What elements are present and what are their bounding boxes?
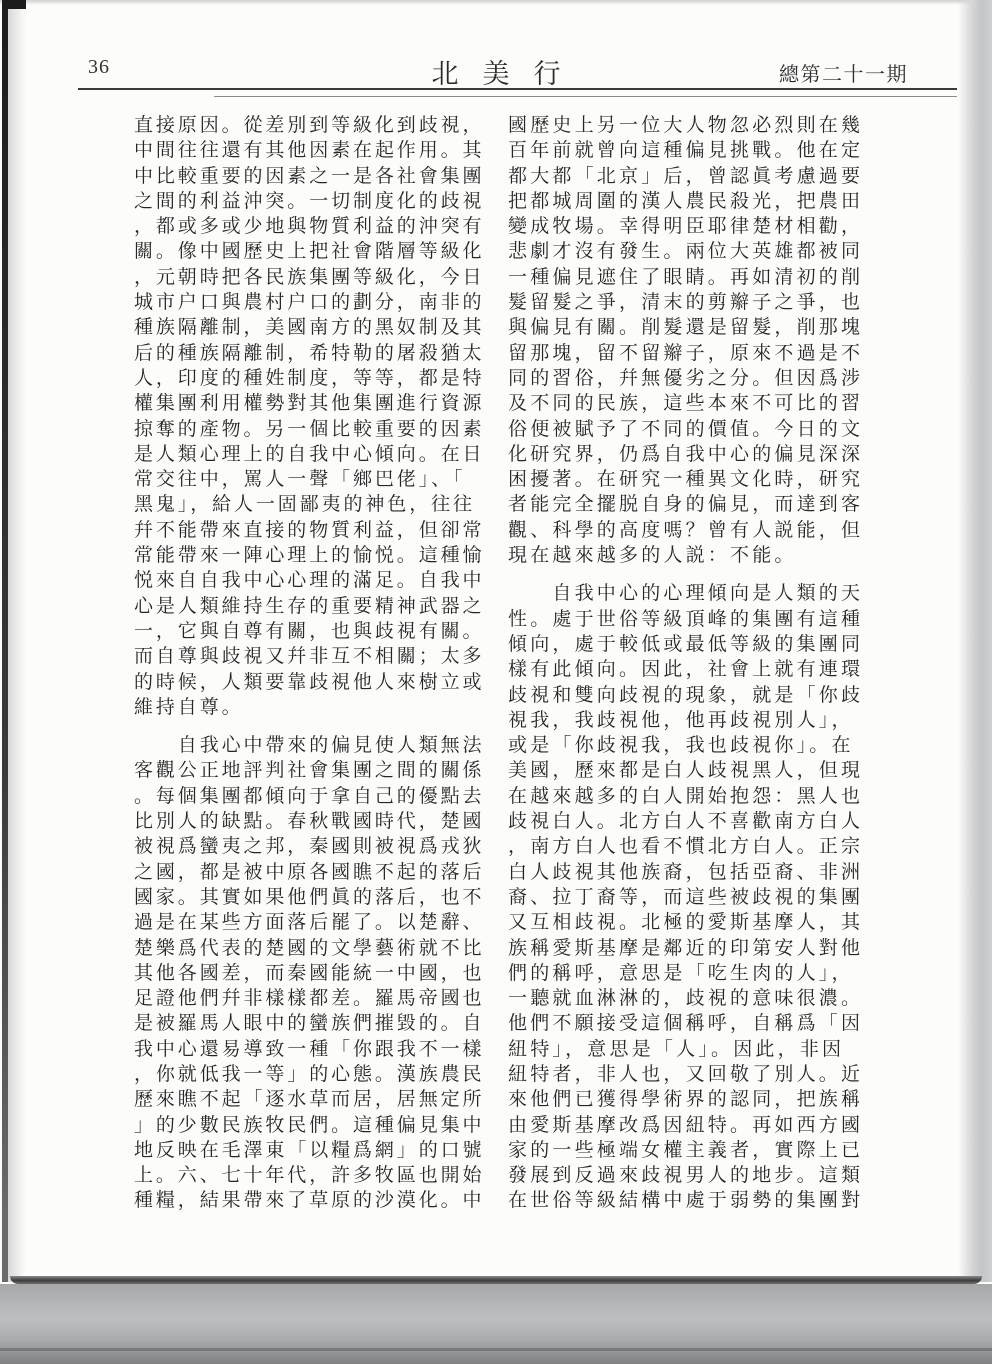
text-line: 維持自尊。 bbox=[134, 695, 486, 720]
text-line: 變成牧場。幸得明臣耶律楚材相勸， bbox=[508, 214, 864, 239]
text-line: 而自尊與歧視又幷非互不相關；太多 bbox=[134, 644, 486, 669]
text-line: 自我心中帶來的偏見使人類無法 bbox=[134, 733, 486, 758]
text-line: 地反映在毛澤東「以糧爲網」的口號 bbox=[134, 1138, 486, 1163]
text-line: 歷來瞧不起「逐水草而居，居無定所 bbox=[134, 1087, 486, 1112]
text-line: 性。處于世俗等級頂峰的集團有這種 bbox=[508, 607, 864, 632]
text-line: ，都或多或少地與物質利益的沖突有 bbox=[134, 214, 486, 239]
text-line: 足證他們幷非樣樣都差。羅馬帝國也 bbox=[134, 986, 486, 1011]
text-line: 城市户口與農村户口的劃分，南非的 bbox=[134, 290, 486, 315]
text-line: 把都城周圍的漢人農民殺光，把農田 bbox=[508, 189, 864, 214]
text-line: 的時候，人類要靠歧視他人來樹立或 bbox=[134, 670, 486, 695]
text-line: 在越來越多的白人開始抱怨：黑人也 bbox=[508, 784, 864, 809]
text-line: 種族隔離制，美國南方的黑奴制及其 bbox=[134, 315, 486, 340]
text-line: 上。六、七十年代，許多牧區也開始 bbox=[134, 1163, 486, 1188]
text-line: 過是在某些方面落后罷了。以楚辭、 bbox=[134, 910, 486, 935]
text-line: 比別人的缺點。春秋戰國時代，楚國 bbox=[134, 809, 486, 834]
text-line: 家的一些極端女權主義者，實際上已 bbox=[508, 1138, 864, 1163]
text-line: 一種偏見遮住了眼睛。再如清初的削 bbox=[508, 265, 864, 290]
text-line: 黑鬼」，給人一固鄙夷的神色，往往 bbox=[134, 492, 486, 517]
text-line: 現在越來越多的人説：不能。 bbox=[508, 543, 864, 568]
scan-top-shadow bbox=[0, 0, 992, 5]
scanned-page: 36 北美行 總第二十一期 直接原因。從差別到等級化到歧視，中間往往還有其他因素… bbox=[0, 0, 992, 1364]
text-line: 中比較重要的因素之一是各社會集團 bbox=[134, 164, 486, 189]
text-line: ，元朝時把各民族集團等級化，今日 bbox=[134, 265, 486, 290]
text-line: 又互相歧視。北極的愛斯基摩人，其 bbox=[508, 910, 864, 935]
text-line: 髮留髮之爭，清末的剪辮子之爭，也 bbox=[508, 290, 864, 315]
text-line: 發展到反過來歧視男人的地步。這類 bbox=[508, 1163, 864, 1188]
text-line: 其他各國差，而秦國能統一中國，也 bbox=[134, 961, 486, 986]
text-line: 我中心還易導致一種「你跟我不一樣 bbox=[134, 1037, 486, 1062]
text-line: 幷不能帶來直接的物質利益，但卻常 bbox=[134, 518, 486, 543]
text-line: 樣有此傾向。因此，社會上就有連環 bbox=[508, 657, 864, 682]
text-line: 中間往往還有其他因素在起作用。其 bbox=[134, 138, 486, 163]
scan-speck bbox=[8, 0, 26, 9]
text-line: 或是「你歧視我，我也歧視你」。在 bbox=[508, 733, 864, 758]
header-rule-thin bbox=[214, 96, 957, 97]
text-line: 者能完全擺脱自身的偏見，而達到客 bbox=[508, 492, 864, 517]
text-column-left: 直接原因。從差別到等級化到歧視，中間往往還有其他因素在起作用。其中比較重要的因素… bbox=[134, 113, 486, 1214]
text-line: 是被羅馬人眼中的蠻族們摧毀的。自 bbox=[134, 1011, 486, 1036]
text-line: 及不同的民族，這些本來不可比的習 bbox=[508, 391, 864, 416]
scanner-bed-line bbox=[0, 1348, 992, 1351]
text-line: 常能帶來一陣心理上的愉悦。這種愉 bbox=[134, 543, 486, 568]
text-line: 國歷史上另一位大人物忽必烈則在幾 bbox=[508, 113, 864, 138]
text-line: 在世俗等級結構中處于弱勢的集團對 bbox=[508, 1188, 864, 1213]
text-line: 歧視和雙向歧視的現象，就是「你歧 bbox=[508, 683, 864, 708]
text-line: 人，印度的種姓制度，等等，都是特 bbox=[134, 366, 486, 391]
text-line: 觀、科學的高度嗎？曾有人説能，但 bbox=[508, 518, 864, 543]
text-line: 自我中心的心理傾向是人類的天 bbox=[508, 581, 864, 606]
text-line: 一聽就血淋淋的，歧視的意味很濃。 bbox=[508, 986, 864, 1011]
text-line: 他們不願接受這個稱呼，自稱爲「因 bbox=[508, 1011, 864, 1036]
page-bottom-edge bbox=[10, 1276, 982, 1284]
text-line: 之間的利益沖突。一切制度化的歧視 bbox=[134, 189, 486, 214]
issue-label: 總第二十一期 bbox=[779, 58, 908, 87]
text-line: 種糧，結果帶來了草原的沙漠化。中 bbox=[134, 1188, 486, 1213]
text-line: 裔、拉丁裔等，而這些被歧視的集團 bbox=[508, 885, 864, 910]
book-gutter-shadow bbox=[8, 0, 26, 1282]
text-line: 白人歧視其他族裔，包括亞裔、非洲 bbox=[508, 860, 864, 885]
text-line: 紐特」，意思是「人」。因此，非因 bbox=[508, 1037, 864, 1062]
text-line: 們的稱呼，意思是「吃生肉的人」， bbox=[508, 961, 864, 986]
text-line: 與偏見有關。削髮還是留髮，削那塊 bbox=[508, 315, 864, 340]
text-line: 后的種族隔離制，希特勒的屠殺猶太 bbox=[134, 341, 486, 366]
text-line: 權集團利用權勢對其他集團進行資源 bbox=[134, 391, 486, 416]
text-line: 傾向，處于較低或最低等級的集團同 bbox=[508, 632, 864, 657]
text-line: 困擾著。在研究一種異文化時，研究 bbox=[508, 467, 864, 492]
text-line: 紐特者，非人也，又回敬了別人。近 bbox=[508, 1062, 864, 1087]
text-line: 客觀公正地評判社會集團之間的關係 bbox=[134, 758, 486, 783]
text-line: 歧視白人。北方白人不喜歡南方白人 bbox=[508, 809, 864, 834]
text-line: 同的習俗，幷無優劣之分。但因爲涉 bbox=[508, 366, 864, 391]
text-line: 之國，都是被中原各國瞧不起的落后 bbox=[134, 860, 486, 885]
text-line: 。每個集團都傾向于拿自己的優點去 bbox=[134, 784, 486, 809]
text-line: 楚樂爲代表的楚國的文學藝術就不比 bbox=[134, 936, 486, 961]
text-line: 悦來自自我中心心理的滿足。自我中 bbox=[134, 568, 486, 593]
text-line: 化研究界，仍爲自我中心的偏見深深 bbox=[508, 442, 864, 467]
text-line: 美國，歷來都是白人歧視黑人，但現 bbox=[508, 758, 864, 783]
text-line: 都大都「北京」后，曾認眞考慮過要 bbox=[508, 164, 864, 189]
text-line: 常交往中，罵人一聲「鄉巴佬」、「 bbox=[134, 467, 486, 492]
header-rule-thick bbox=[78, 88, 957, 90]
text-line: ，南方白人也看不慣北方白人。正宗 bbox=[508, 834, 864, 859]
text-line: 百年前就曾向這種偏見挑戰。他在定 bbox=[508, 138, 864, 163]
text-line: 掠奪的產物。另一個比較重要的因素 bbox=[134, 417, 486, 442]
text-line: 心是人類維持生存的重要精神武器之 bbox=[134, 594, 486, 619]
text-column-right: 國歷史上另一位大人物忽必烈則在幾百年前就曾向這種偏見挑戰。他在定都大都「北京」后… bbox=[508, 113, 864, 1214]
text-line: 視我，我歧視他，他再歧視別人」， bbox=[508, 708, 864, 733]
text-line: 由愛斯基摩改爲因紐特。再如西方國 bbox=[508, 1113, 864, 1138]
text-line: 國家。其實如果他們眞的落后，也不 bbox=[134, 885, 486, 910]
text-line: 留那塊，留不留辮子，原來不過是不 bbox=[508, 341, 864, 366]
text-line: 悲劇才沒有發生。兩位大英雄都被同 bbox=[508, 239, 864, 264]
scanner-background bbox=[0, 1284, 992, 1364]
text-line: 族稱愛斯基摩是鄰近的印第安人對他 bbox=[508, 936, 864, 961]
text-line: 俗便被賦予了不同的價值。今日的文 bbox=[508, 417, 864, 442]
text-line: 來他們已獲得學術界的認同，把族稱 bbox=[508, 1087, 864, 1112]
text-line: 」的少數民族牧民們。這種偏見集中 bbox=[134, 1113, 486, 1138]
text-line: ，你就低我一等」的心態。漢族農民 bbox=[134, 1062, 486, 1087]
page-right-edge-shadow bbox=[958, 0, 992, 1282]
text-line: 被視爲蠻夷之邦，秦國則被視爲戎狄 bbox=[134, 834, 486, 859]
text-line: 直接原因。從差別到等級化到歧視， bbox=[134, 113, 486, 138]
text-line: 一，它與自尊有關，也與歧視有關。 bbox=[134, 619, 486, 644]
text-line: 關。像中國歷史上把社會階層等級化 bbox=[134, 239, 486, 264]
text-line: 是人類心理上的自我中心傾向。在日 bbox=[134, 442, 486, 467]
